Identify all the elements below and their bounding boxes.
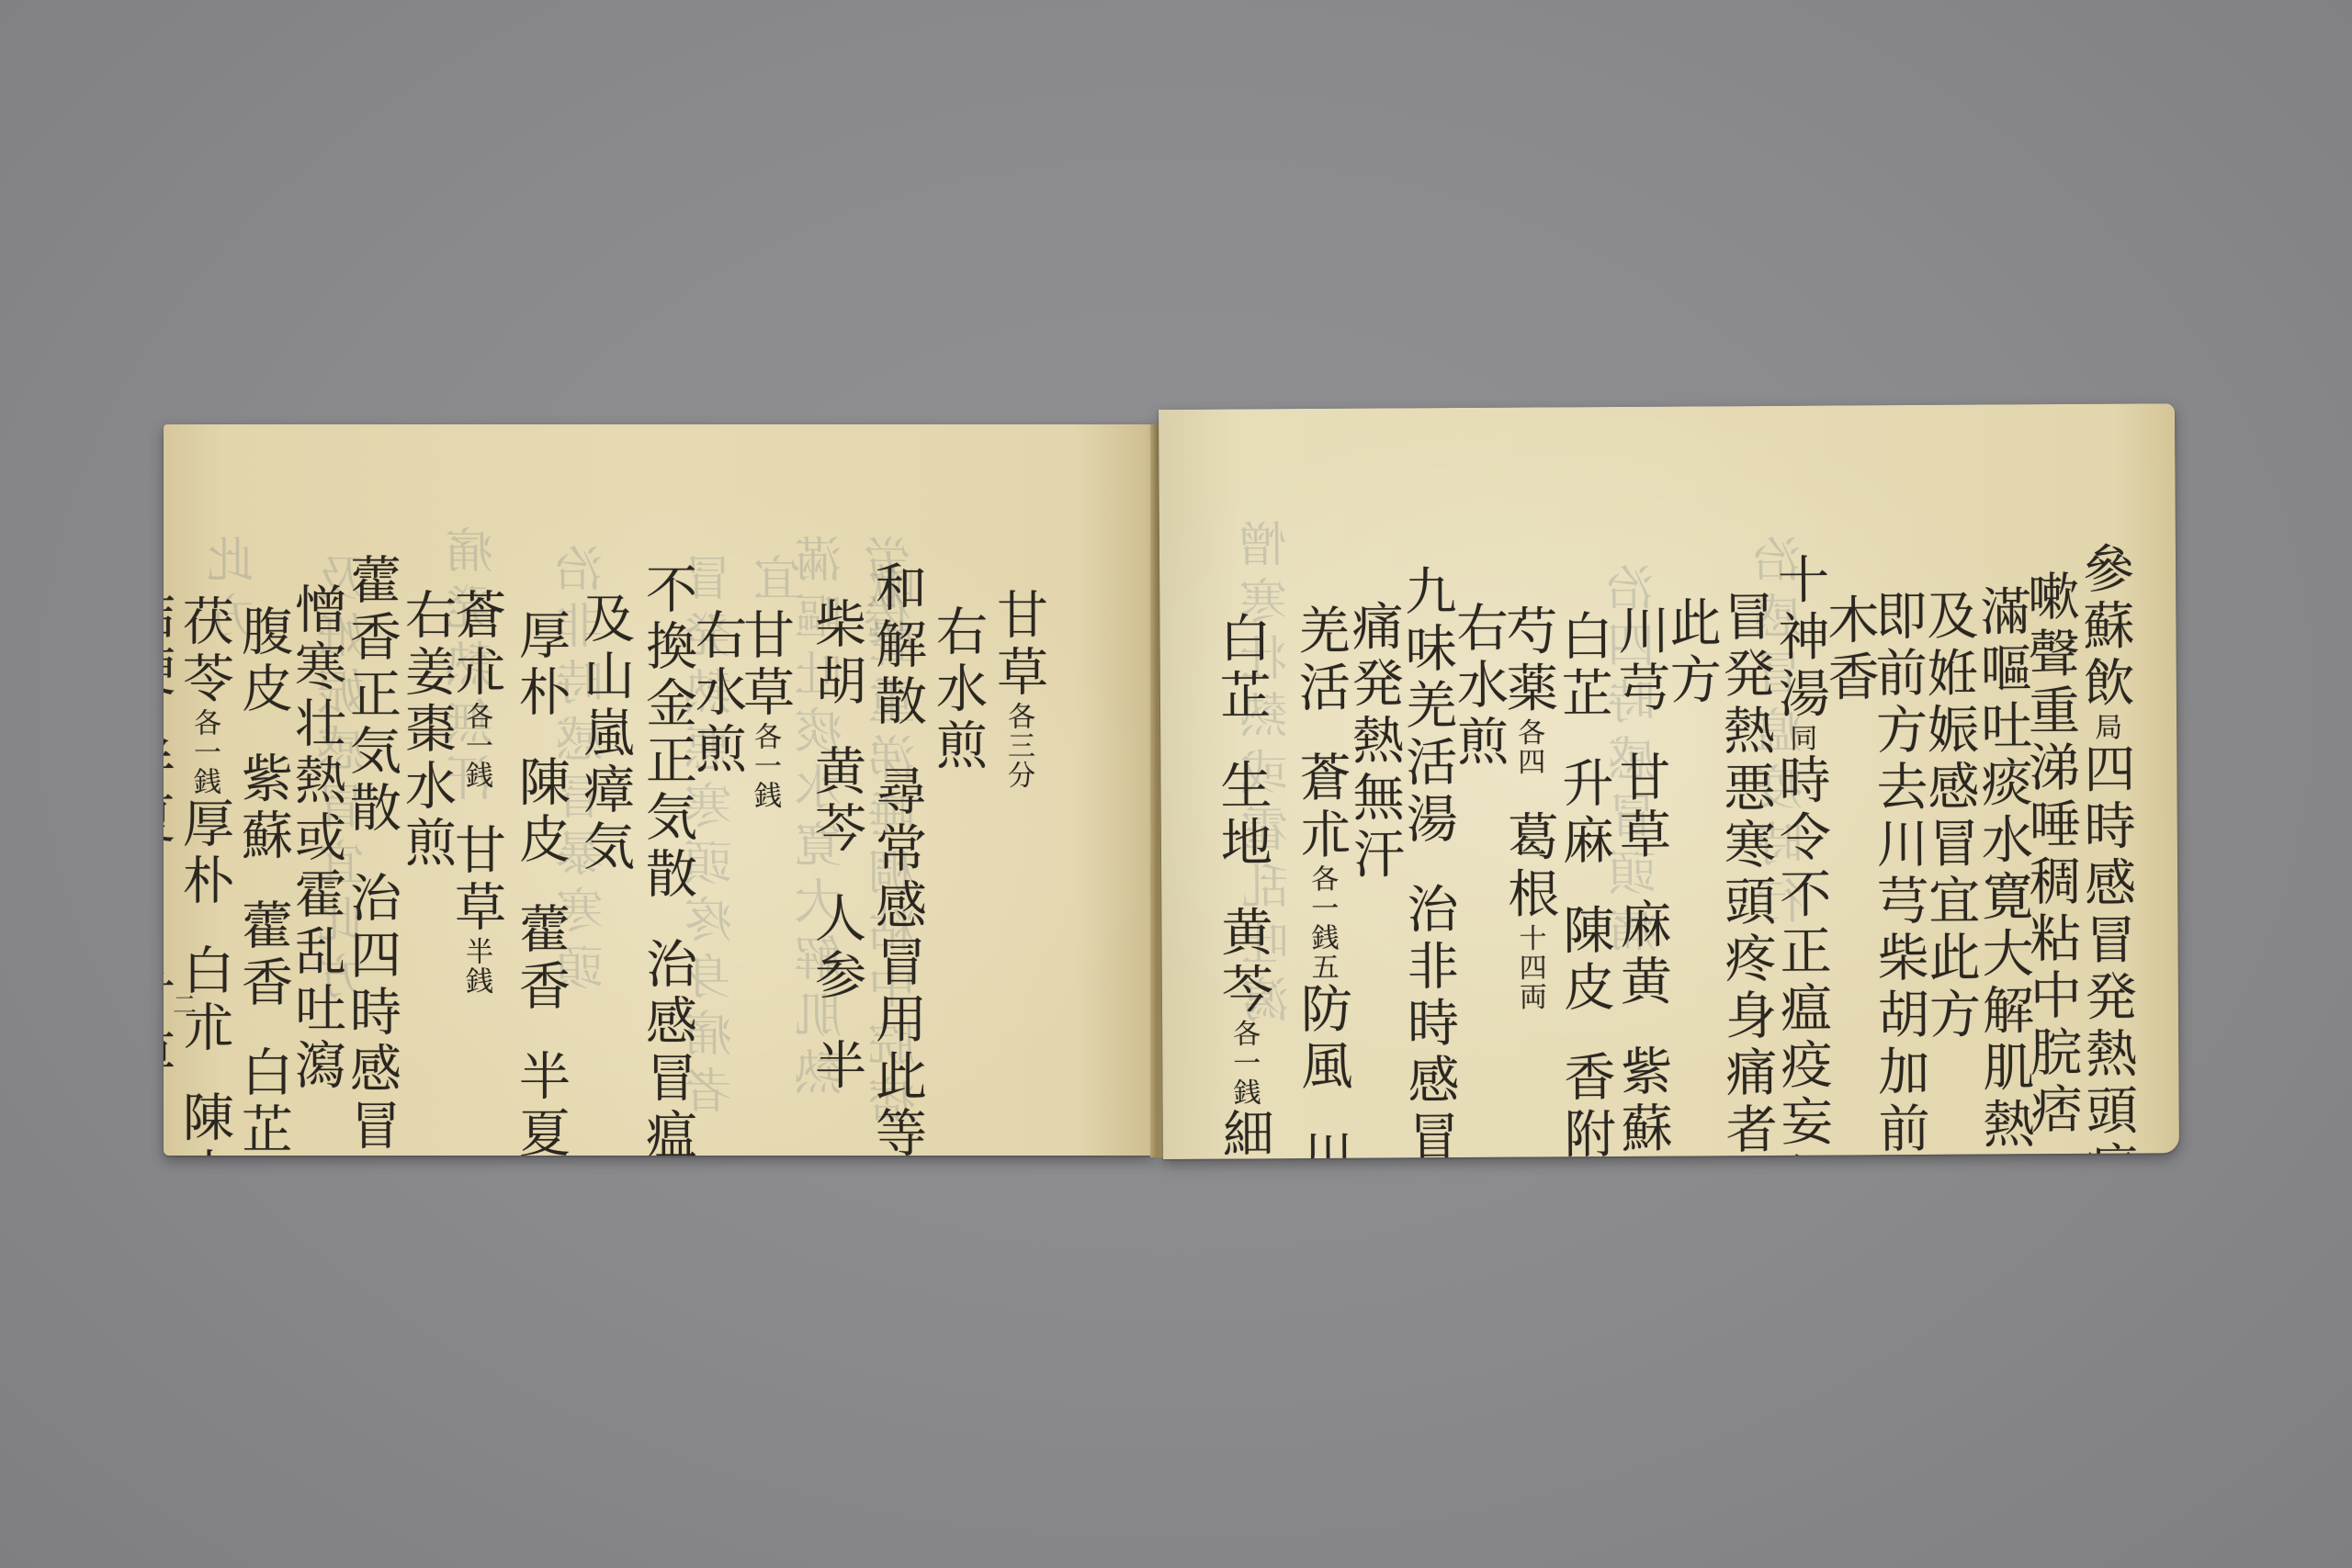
prescription-title-column: 九味羌活湯治非時感冒暴寒頭 xyxy=(1400,564,1456,1159)
text-column: 桔梗半夏各二銭甘草二分 xyxy=(164,588,171,1143)
right-page: 治感冒瘟疫時行 治四時感冒頭痛 憎寒壮熱或霍乱吐瀉 參蘇飲局四時感冒発熱頭痛欬 … xyxy=(1159,403,2179,1159)
text-column: 憎寒壮熱或霍乱吐瀉 xyxy=(290,582,342,1095)
text-column: 茯苓各一銭厚朴白朮陳皮 xyxy=(178,594,230,1156)
text-column: 滿嘔吐痰水寛大解肌熱労倦 xyxy=(1975,584,2031,1159)
open-manuscript: 嗽聲重涕唾稠粘中脘痞 滿嘔吐痰水寛大解肌熱労倦 冒発熱悪寒頭疼身痛者宜 治非時感… xyxy=(0,0,2352,1568)
text-column: 柴胡黄芩人参半 xyxy=(810,597,862,1095)
text-column: 右水煎 xyxy=(691,608,742,779)
text-column: 及山嵐瘴気 xyxy=(579,592,630,876)
prescription-title-column: 和解散尋常感冒用此等分 xyxy=(871,560,922,1156)
text-column: 木香 xyxy=(1823,592,1875,706)
text-column: 此方 xyxy=(1665,595,1717,709)
text-column: 及姙娠感冒宜此方 xyxy=(1922,589,1976,1044)
prescription-title-column: 十神湯同時令不正瘟疫妄行感 xyxy=(1773,553,1829,1159)
text-column: 冒発熱悪寒頭疼身痛者宜 xyxy=(1718,590,1773,1159)
text-column: 白芷升麻陳皮香附 xyxy=(1556,609,1611,1159)
text-column: 羌活蒼朮各一銭五防風川芎各一銭 xyxy=(1294,604,1350,1159)
prescription-title-column: 不換金正気散治感冒瘟疫時行 xyxy=(641,562,693,1156)
text-column: 蒼朮各一銭甘草半銭 xyxy=(450,588,502,996)
text-column: 厚朴陳皮藿香半夏 xyxy=(514,608,566,1156)
left-page: 嗽聲重涕唾稠粘中脘痞 滿嘔吐痰水寛大解肌熱労倦 冒発熱悪寒頭疼身痛者宜 治非時感… xyxy=(164,424,1154,1156)
text-column: 右姜棗水煎 xyxy=(401,588,452,873)
text-column: 痛発熱無汗 xyxy=(1347,599,1400,884)
prescription-title-column: 參蘇飲局四時感冒発熱頭痛欬 xyxy=(2078,542,2134,1159)
text-column: 白芷生地黄芩各一銭細辛 xyxy=(1215,611,1270,1159)
text-column: 腹皮紫蘇藿香白芷 xyxy=(237,604,288,1156)
page-number: 二 xyxy=(173,987,197,1021)
text-column: 右水煎 xyxy=(932,604,983,775)
prescription-title-column: 藿香正気散治四時感冒頭痛 xyxy=(345,553,397,1156)
text-column: 川芎甘草麻黄紫蘇 xyxy=(1613,604,1668,1158)
text-column: 芍薬各四葛根十四両 xyxy=(1501,604,1555,1011)
text-column: 甘草各三分 xyxy=(992,588,1044,790)
text-column: 右水煎 xyxy=(1452,601,1504,772)
